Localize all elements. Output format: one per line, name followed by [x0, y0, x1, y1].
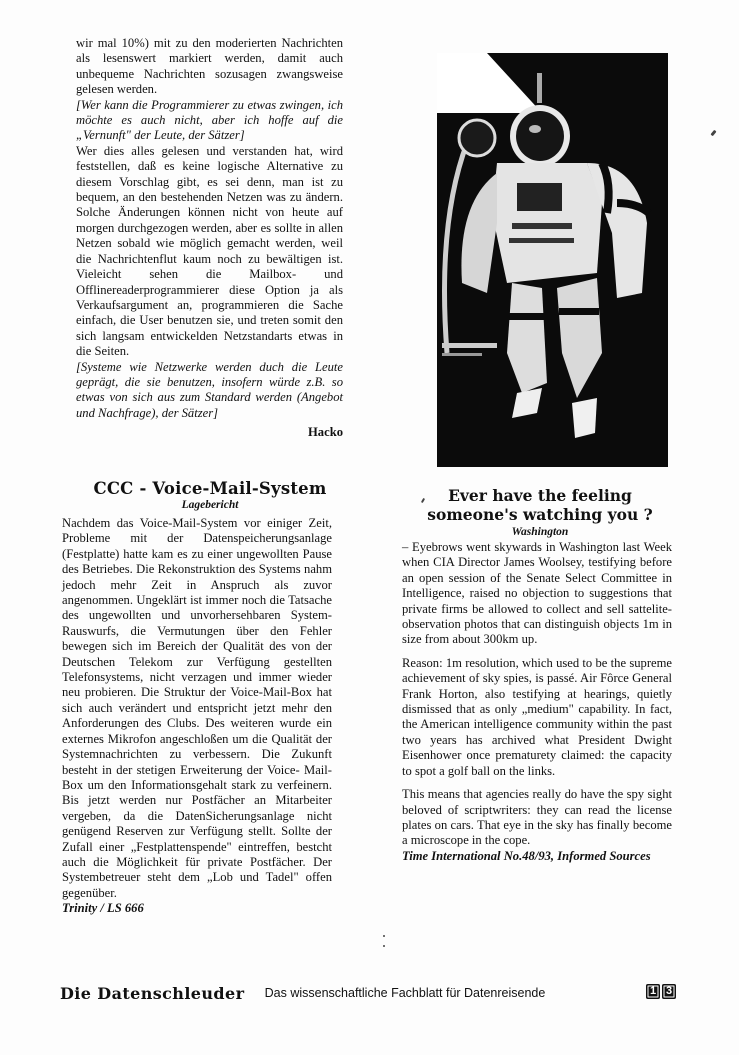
- left-column-continuation: wir mal 10%) mit zu den moderierten Nach…: [76, 36, 343, 441]
- page-digit: 3: [662, 984, 676, 999]
- astronaut-photo: [437, 53, 668, 467]
- author-signature: Trinity / LS 666: [62, 901, 332, 916]
- dateline: Washington: [400, 526, 680, 538]
- voice-mail-headline: CCC - Voice-Mail-System: [60, 478, 360, 500]
- paragraph: Wer dies alles gelesen und verstanden ha…: [76, 144, 343, 360]
- page-footer: Die Datenschleuder Das wissenschaftliche…: [0, 984, 739, 1008]
- paragraph: This means that agencies really do have …: [402, 787, 672, 849]
- watching-article-body: – Eyebrows went skywards in Washington l…: [402, 540, 672, 864]
- author-signature: Hacko: [76, 425, 343, 440]
- source-citation: Time International No.48/93, Informed So…: [402, 849, 672, 864]
- astronaut-illustration: [437, 53, 668, 467]
- scan-speck: [383, 945, 385, 947]
- headline-line: Ever have the feeling: [400, 486, 680, 505]
- watching-headline: Ever have the feeling someone's watching…: [400, 486, 680, 524]
- paragraph: wir mal 10%) mit zu den moderierten Nach…: [76, 36, 343, 98]
- headline-line: someone's watching you ?: [400, 505, 680, 524]
- paragraph: – Eyebrows went skywards in Washington l…: [402, 540, 672, 648]
- scan-speck: [383, 935, 385, 937]
- voice-mail-subheadline: Lagebericht: [60, 499, 360, 511]
- editor-note: [Wer kann die Programmierer zu etwas zwi…: [76, 98, 343, 144]
- newspaper-page: wir mal 10%) mit zu den moderierten Nach…: [0, 0, 739, 1055]
- voice-mail-article-body: Nachdem das Voice-Mail-System vor einige…: [62, 516, 332, 917]
- paragraph: Nachdem das Voice-Mail-System vor einige…: [62, 516, 332, 901]
- page-number: 1 3: [646, 984, 676, 999]
- masthead-logo: Die Datenschleuder: [60, 984, 244, 1003]
- scan-speck: [710, 130, 716, 137]
- page-digit: 1: [646, 984, 660, 999]
- masthead-tagline: Das wissenschaftliche Fachblatt für Date…: [240, 986, 570, 1000]
- paragraph: Reason: 1m resolution, which used to be …: [402, 656, 672, 779]
- editor-note: [Systeme wie Netzwerke werden duch die L…: [76, 360, 343, 422]
